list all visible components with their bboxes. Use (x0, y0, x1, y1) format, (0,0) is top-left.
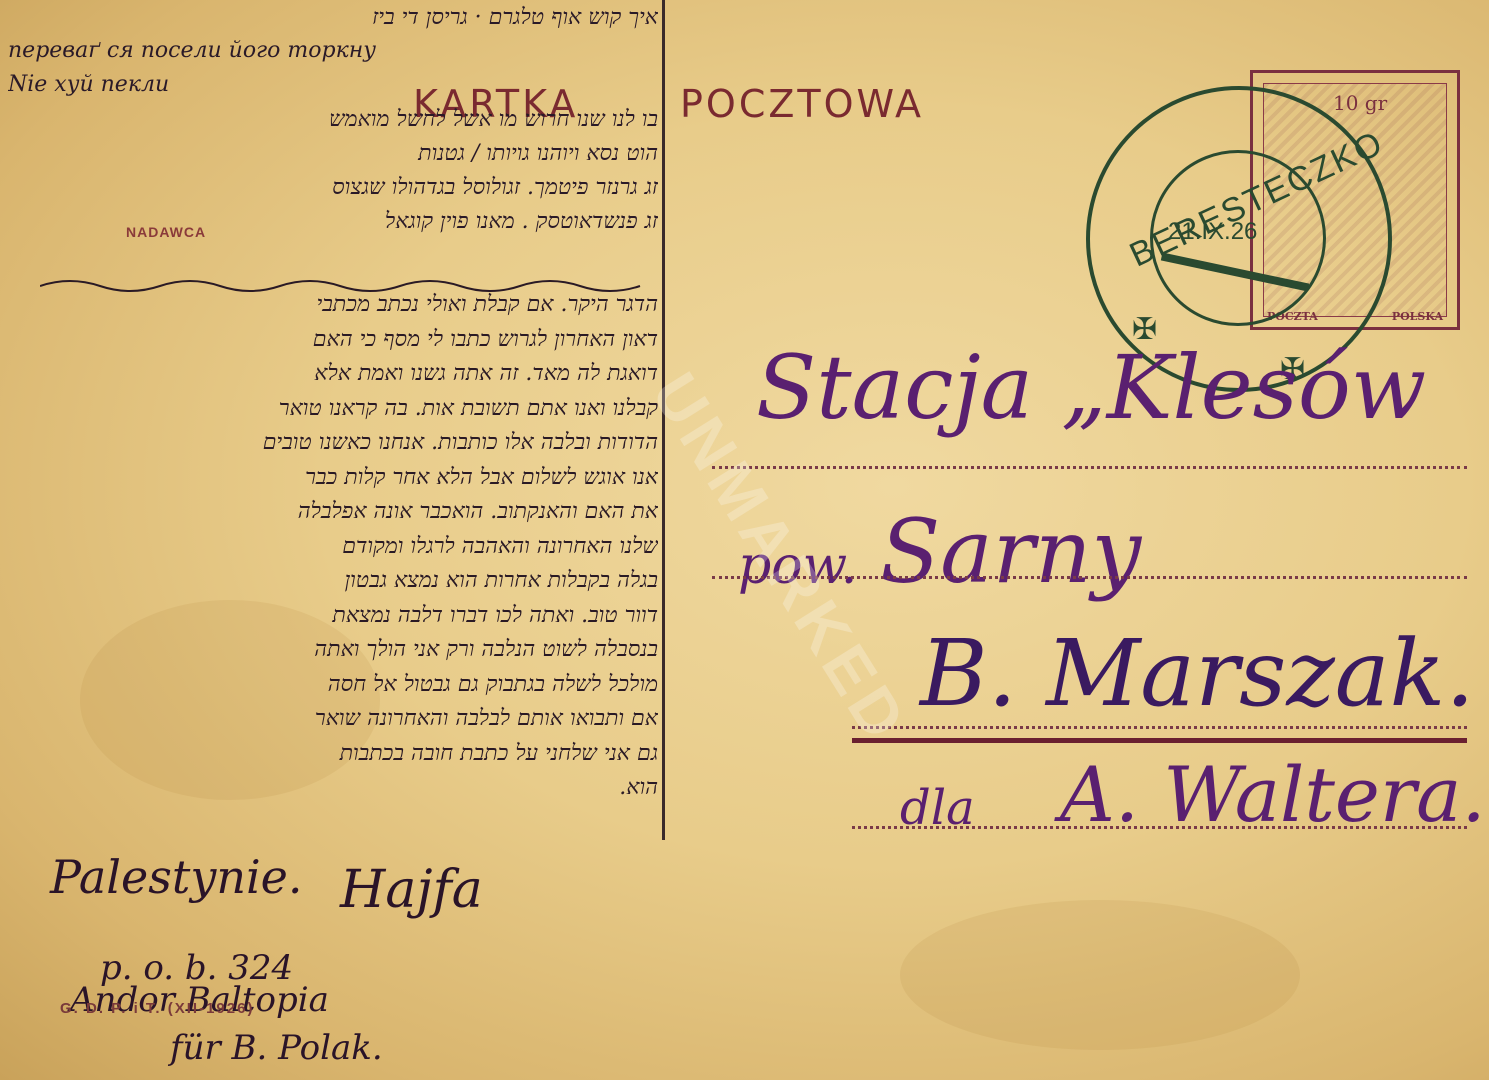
card-title-right: POCZTOWA (680, 82, 924, 126)
message-line: בנסבלה לשוט הנלבה ורק אני הולך ואתה (18, 633, 658, 668)
note-line: הוט נסא ויוהנו גויותו / גטנות (8, 140, 658, 174)
message-line: גם אני שלחני על כתבת חובה בכתבות (18, 737, 658, 772)
message-line: דאון האחרון לגרוש כתבו לי מסף כי האם (18, 323, 658, 358)
postmark-date: 21.IX.26 (1168, 218, 1257, 246)
printer-imprint: G. D. P. i T. (XII-1926) (60, 1000, 254, 1017)
message-line: הדודות ובלבה אלו כותבות. אנחנו כאשנו טוב… (18, 426, 658, 461)
stamp-label-right: POLSKA (1392, 310, 1443, 323)
message-line: דוור טוב. ואתה לכו דברו דלבה נמצאת (18, 599, 658, 634)
message-line: קבלנו ואנו אתם תשובת אות. בה קראנו טואר (18, 392, 658, 427)
address-line-3: B. Marszak. (920, 620, 1475, 727)
note-line: זג פנשדאוטסק . מאנו פוין קוגאל (8, 208, 658, 242)
message-line: אנו אוגש לשלום אבל הלא אחר קלות כבר (18, 461, 658, 496)
sender-city: Hajfa (340, 860, 483, 920)
address-dotted-line (712, 466, 1467, 469)
sender-for: für B. Polak. (170, 1028, 383, 1068)
note-line: Nie хуй пекли (8, 72, 658, 106)
message-line: אם ותבואו אותם לבלבה והאחרונה שואר (18, 702, 658, 737)
address-line-2: Sarny (880, 500, 1141, 603)
sender-label: NADAWCA (126, 224, 206, 240)
address-rule (852, 738, 1467, 743)
note-line: זג גרנזר פיטמך. זגולוסל בגדהולו שגצוס (8, 174, 658, 208)
address-dotted-line (852, 826, 1467, 829)
address-dotted-line (852, 726, 1467, 729)
message-line: הדגר היקר. אם קבלת ואולי נכתב מכתבי (18, 288, 658, 323)
handwritten-top-notes: איך קוש אוף טלגרם · גריסן די ביז переваґ… (8, 4, 658, 242)
message-line: בגלה בקבלות אחרות הוא נמצא גבטון (18, 564, 658, 599)
note-line: בו לנו שנו חרוש מו אשל לחשל מואמש (8, 106, 658, 140)
message-line: דואגת לה מאד. זה אתה גשנו ואמת אלא (18, 357, 658, 392)
address-line-1: Stacja „Klesów (756, 336, 1426, 439)
stamp-value: 10 gr (1333, 91, 1387, 115)
paper-stain (900, 900, 1300, 1050)
message-line: הוא. (18, 771, 658, 806)
message-line: את האם והאנקתוב. הואכבר אונה אפלבלה (18, 495, 658, 530)
handwritten-message: הדגר היקר. אם קבלת ואולי נכתב מכתבי דאון… (18, 288, 658, 806)
note-line: איך קוש אוף טלגרם · גריסן די ביז (8, 4, 658, 38)
note-line: переваґ ся посели його торкну (8, 38, 658, 72)
sender-country: Palestynie. (50, 850, 303, 904)
message-line: שלנו האחרונה והאהבה לרגלו ומקודם (18, 530, 658, 565)
message-line: מולכל לשלה בגתבוק גם גבטול אל חסה (18, 668, 658, 703)
